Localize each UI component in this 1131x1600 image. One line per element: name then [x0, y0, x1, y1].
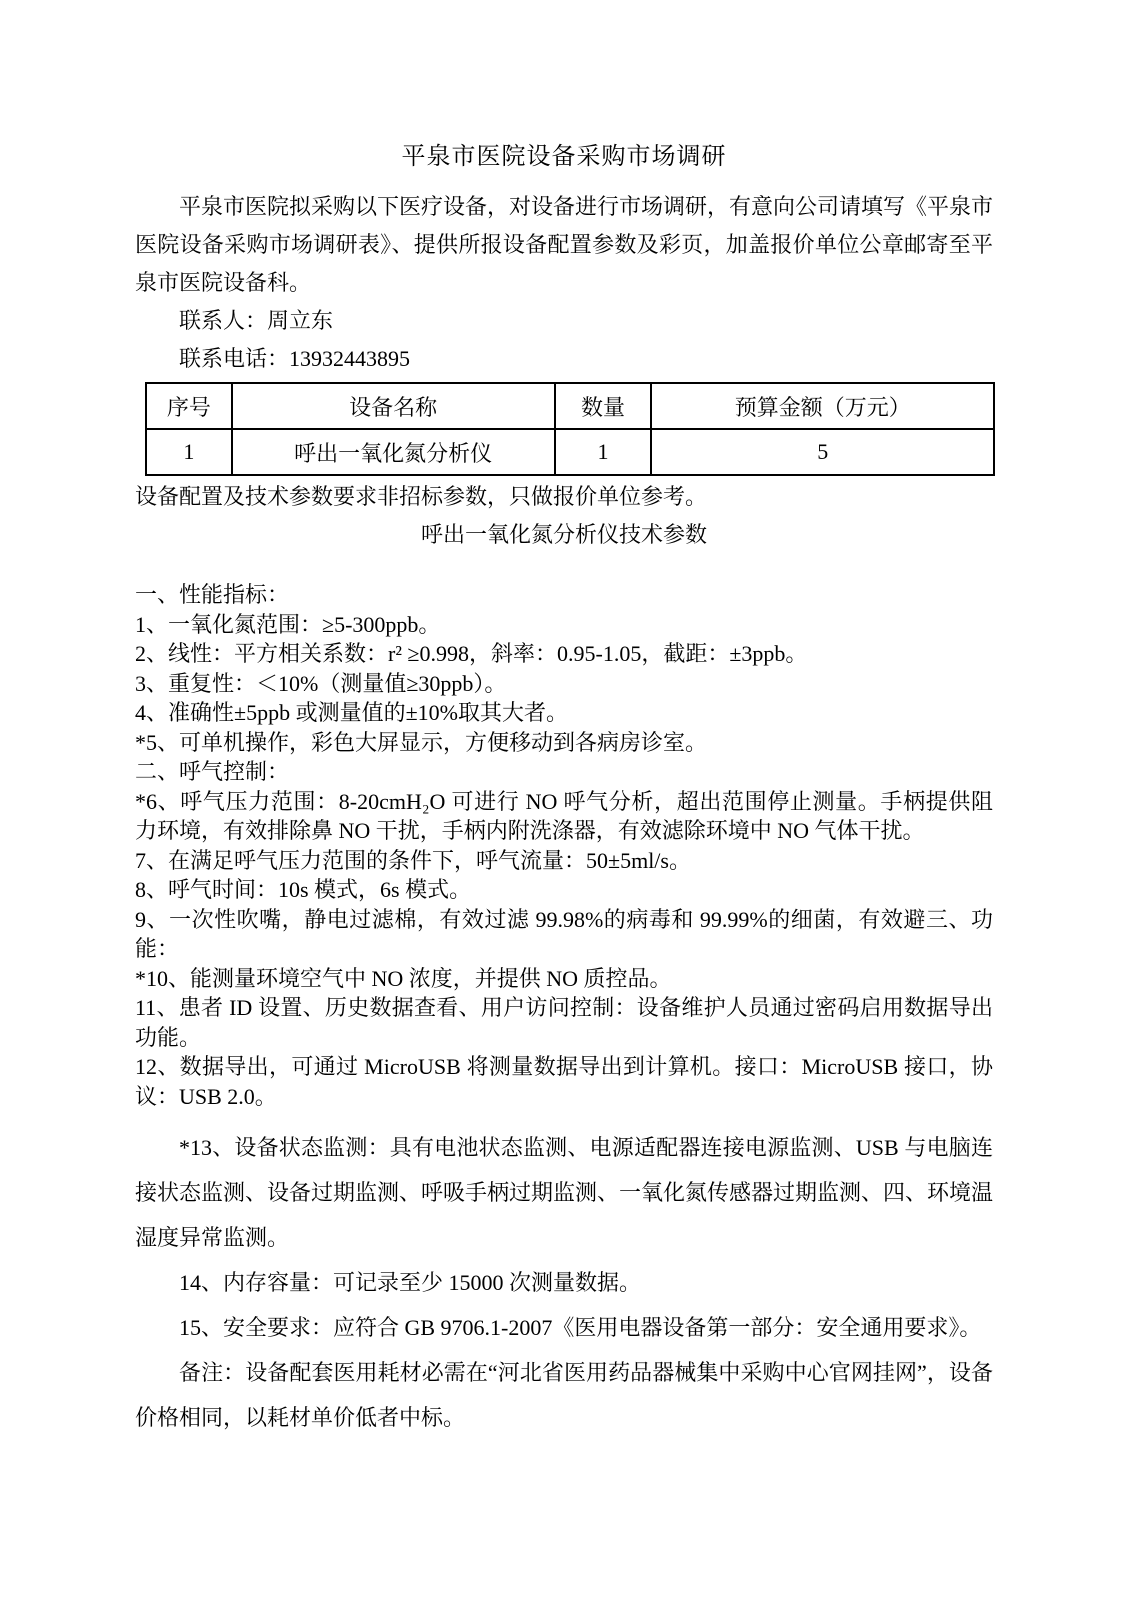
table-row: 1 呼出一氧化氮分析仪 1 5 [146, 429, 994, 475]
spec-line-3: 3、重复性：＜10%（测量值≥30ppb）。 [135, 669, 993, 699]
table-header-row: 序号 设备名称 数量 预算金额（万元） [146, 383, 994, 429]
table-cell-index: 1 [146, 429, 232, 475]
spec-line-12: 12、数据导出，可通过 MicroUSB 将测量数据导出到计算机。接口：Micr… [135, 1052, 993, 1111]
spec-line-9: 9、一次性吹嘴，静电过滤棉，有效过滤 99.98%的病毒和 99.99%的细菌，… [135, 905, 993, 964]
table-header-budget: 预算金额（万元） [651, 383, 994, 429]
spec-line-7: 7、在满足呼气压力范围的条件下，呼气流量：50±5ml/s。 [135, 846, 993, 876]
remark-paragraph: 备注：设备配套医用耗材必需在“河北省医用药品器械集中采购中心官网挂网”，设备价格… [135, 1350, 993, 1440]
spec-line-13: *13、设备状态监测：具有电池状态监测、电源适配器连接电源监测、USB 与电脑连… [135, 1125, 993, 1260]
spec-line-5: *5、可单机操作，彩色大屏显示，方便移动到各病房诊室。 [135, 728, 993, 758]
spec-line-14: 14、内存容量：可记录至少 15000 次测量数据。 [135, 1260, 993, 1305]
spec-line-1: 1、一氧化氮范围：≥5-300ppb。 [135, 610, 993, 640]
spec-line-breath-heading: 二、呼气控制： [135, 757, 993, 787]
spec-line-11: 11、患者 ID 设置、历史数据查看、用户访问控制：设备维护人员通过密码启用数据… [135, 993, 993, 1052]
spec-section-title: 呼出一氧化氮分析仪技术参数 [135, 516, 993, 554]
spec-line-2: 2、线性：平方相关系数：r² ≥0.998，斜率：0.95-1.05，截距：±3… [135, 639, 993, 669]
table-header-name: 设备名称 [232, 383, 555, 429]
document-page: 平泉市医院设备采购市场调研 平泉市医院拟采购以下医疗设备，对设备进行市场调研，有… [0, 0, 1131, 1600]
spec-line-10: *10、能测量环境空气中 NO 浓度，并提供 NO 质控品。 [135, 964, 993, 994]
spec-list: 一、性能指标： 1、一氧化氮范围：≥5-300ppb。 2、线性：平方相关系数：… [135, 580, 993, 1111]
spec-list-loose: *13、设备状态监测：具有电池状态监测、电源适配器连接电源监测、USB 与电脑连… [135, 1125, 993, 1440]
table-note: 设备配置及技术参数要求非招标参数，只做报价单位参考。 [135, 478, 993, 516]
spec-line-15: 15、安全要求：应符合 GB 9706.1-2007《医用电器设备第一部分：安全… [135, 1305, 993, 1350]
table-cell-budget: 5 [651, 429, 994, 475]
equipment-table: 序号 设备名称 数量 预算金额（万元） 1 呼出一氧化氮分析仪 1 5 [145, 382, 995, 476]
table-cell-qty: 1 [555, 429, 652, 475]
intro-paragraph: 平泉市医院拟采购以下医疗设备，对设备进行市场调研，有意向公司请填写《平泉市医院设… [135, 188, 993, 302]
document-content: 平泉市医院设备采购市场调研 平泉市医院拟采购以下医疗设备，对设备进行市场调研，有… [135, 140, 993, 1440]
table-header-qty: 数量 [555, 383, 652, 429]
contact-person-line: 联系人：周立东 [135, 302, 993, 340]
spec-line-8: 8、呼气时间：10s 模式，6s 模式。 [135, 875, 993, 905]
spec-line-6: *6、呼气压力范围：8-20cmH₂O 可进行 NO 呼气分析，超出范围停止测量… [135, 787, 993, 846]
contact-phone-line: 联系电话：13932443895 [135, 340, 993, 378]
document-title: 平泉市医院设备采购市场调研 [135, 140, 993, 174]
table-cell-name: 呼出一氧化氮分析仪 [232, 429, 555, 475]
spec-line-performance-heading: 一、性能指标： [135, 580, 993, 610]
spec-line-4: 4、准确性±5ppb 或测量值的±10%取其大者。 [135, 698, 993, 728]
table-header-index: 序号 [146, 383, 232, 429]
